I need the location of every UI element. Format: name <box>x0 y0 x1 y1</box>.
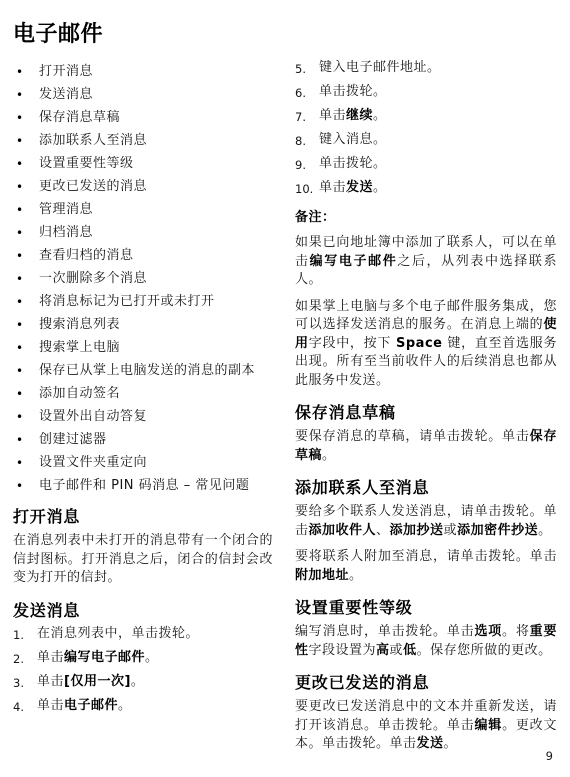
para-importance: 编写消息时，单击拨轮。单击选项。将重要性字段设置为高或低。保存您所做的更改。 <box>295 623 557 660</box>
right-column: 5.键入电子邮件地址。 6.单击拨轮。 7.单击继续。 8.键入消息。 9.单击… <box>295 22 557 762</box>
step-item: 3.单击[仅用一次]。 <box>13 674 273 691</box>
topic-link[interactable]: •添加自动签名 <box>13 386 273 402</box>
topic-link[interactable]: •创建过滤器 <box>13 432 273 448</box>
topic-link-label: 添加自动签名 <box>39 386 120 402</box>
bullet-marker: • <box>13 432 39 448</box>
topic-link[interactable]: •设置外出自动答复 <box>13 409 273 425</box>
step-item: 2.单击编写电子邮件。 <box>13 650 273 667</box>
email-topic-list: •打开消息 •发送消息 •保存消息草稿 •添加联系人至消息 •设置重要性等级 •… <box>13 64 273 494</box>
bullet-marker: • <box>13 409 39 425</box>
topic-link[interactable]: •搜索掌上电脑 <box>13 340 273 356</box>
step-text: 在消息列表中，单击拨轮。 <box>37 626 273 643</box>
topic-link[interactable]: •更改已发送的消息 <box>13 179 273 195</box>
step-text: 单击电子邮件。 <box>37 698 273 715</box>
topic-link[interactable]: •设置文件夹重定向 <box>13 455 273 471</box>
step-item: 8.键入消息。 <box>295 132 557 149</box>
topic-link-label: 保存消息草稿 <box>39 110 120 126</box>
para-add-contacts-2: 要将联系人附加至消息，请单击拨轮。单击附加地址。 <box>295 548 557 585</box>
heading-importance: 设置重要性等级 <box>295 598 557 617</box>
heading-open-message: 打开消息 <box>13 507 273 526</box>
topic-link[interactable]: •打开消息 <box>13 64 273 80</box>
bullet-marker: • <box>13 87 39 103</box>
topic-link[interactable]: •设置重要性等级 <box>13 156 273 172</box>
topic-link-label: 将消息标记为已打开或未打开 <box>39 294 215 310</box>
topic-link[interactable]: •一次删除多个消息 <box>13 271 273 287</box>
step-text: 单击拨轮。 <box>319 156 557 173</box>
bullet-marker: • <box>13 363 39 379</box>
topic-link-label: 一次删除多个消息 <box>39 271 147 287</box>
topic-link-label: 设置文件夹重定向 <box>39 455 147 471</box>
step-text: 单击继续。 <box>319 108 557 125</box>
para-save-draft: 要保存消息的草稿，请单击拨轮。单击保存草稿。 <box>295 428 557 465</box>
bullet-marker: • <box>13 64 39 80</box>
step-text: 键入消息。 <box>319 132 557 149</box>
topic-link[interactable]: •管理消息 <box>13 202 273 218</box>
step-item: 1.在消息列表中，单击拨轮。 <box>13 626 273 643</box>
para-change-sent: 要更改已发送消息中的文本并重新发送，请打开该消息。单击拨轮。单击编辑。更改文本。… <box>295 698 557 754</box>
step-text: 单击发送。 <box>319 180 557 197</box>
topic-link-label: 发送消息 <box>39 87 93 103</box>
step-text: 单击编写电子邮件。 <box>37 650 273 667</box>
topic-link[interactable]: •归档消息 <box>13 225 273 241</box>
step-text: 单击[仅用一次]。 <box>37 674 273 691</box>
topic-link[interactable]: •将消息标记为已打开或未打开 <box>13 294 273 310</box>
para-add-contacts-1: 要给多个联系人发送消息，请单击拨轮。单击添加收件人、添加抄送或添加密件抄送。 <box>295 503 557 540</box>
step-number: 8. <box>295 132 319 149</box>
step-number: 6. <box>295 84 319 101</box>
heading-change-sent: 更改已发送的消息 <box>295 673 557 692</box>
step-item: 9.单击拨轮。 <box>295 156 557 173</box>
topic-link[interactable]: •保存已从掌上电脑发送的消息的副本 <box>13 363 273 379</box>
step-item: 6.单击拨轮。 <box>295 84 557 101</box>
bullet-marker: • <box>13 133 39 149</box>
send-message-steps-1-4: 1.在消息列表中，单击拨轮。 2.单击编写电子邮件。 3.单击[仅用一次]。 4… <box>13 626 273 715</box>
bullet-marker: • <box>13 110 39 126</box>
step-item: 4.单击电子邮件。 <box>13 698 273 715</box>
topic-link-label: 查看归档的消息 <box>39 248 134 264</box>
topic-link[interactable]: •发送消息 <box>13 87 273 103</box>
topic-link-label: 归档消息 <box>39 225 93 241</box>
step-number: 4. <box>13 698 37 715</box>
step-number: 9. <box>295 156 319 173</box>
bullet-marker: • <box>13 294 39 310</box>
document-page: 电子邮件 •打开消息 •发送消息 •保存消息草稿 •添加联系人至消息 •设置重要… <box>0 0 570 777</box>
bullet-marker: • <box>13 317 39 333</box>
para-note-1: 如果已向地址簿中添加了联系人，可以在单击编写电子邮件之后，从列表中选择联系人。 <box>295 234 557 290</box>
step-text: 键入电子邮件地址。 <box>319 60 557 77</box>
topic-link-label: 电子邮件和 PIN 码消息 – 常见问题 <box>39 478 249 494</box>
bullet-marker: • <box>13 455 39 471</box>
left-column: 电子邮件 •打开消息 •发送消息 •保存消息草稿 •添加联系人至消息 •设置重要… <box>13 22 273 762</box>
bullet-marker: • <box>13 179 39 195</box>
heading-save-draft: 保存消息草稿 <box>295 403 557 422</box>
page-title: 电子邮件 <box>13 22 273 48</box>
step-number: 2. <box>13 650 37 667</box>
topic-link[interactable]: •电子邮件和 PIN 码消息 – 常见问题 <box>13 478 273 494</box>
step-text: 单击拨轮。 <box>319 84 557 101</box>
topic-link-label: 添加联系人至消息 <box>39 133 147 149</box>
topic-link-label: 管理消息 <box>39 202 93 218</box>
note-label: 备注： <box>295 210 557 226</box>
topic-link[interactable]: •搜索消息列表 <box>13 317 273 333</box>
topic-link-label: 创建过滤器 <box>39 432 107 448</box>
bullet-marker: • <box>13 386 39 402</box>
para-note-2: 如果掌上电脑与多个电子邮件服务集成，您可以选择发送消息的服务。在消息上端的使用字… <box>295 298 557 391</box>
two-column-layout: 电子邮件 •打开消息 •发送消息 •保存消息草稿 •添加联系人至消息 •设置重要… <box>0 0 570 762</box>
topic-link[interactable]: •查看归档的消息 <box>13 248 273 264</box>
bullet-marker: • <box>13 156 39 172</box>
heading-send-message: 发送消息 <box>13 601 273 620</box>
para-open-message: 在消息列表中未打开的消息带有一个闭合的信封图标。打开消息之后，闭合的信封会改变为… <box>13 532 273 588</box>
bullet-marker: • <box>13 202 39 218</box>
topic-link-label: 保存已从掌上电脑发送的消息的副本 <box>39 363 255 379</box>
send-message-steps-5-10: 5.键入电子邮件地址。 6.单击拨轮。 7.单击继续。 8.键入消息。 9.单击… <box>295 60 557 197</box>
step-number: 3. <box>13 674 37 691</box>
topic-link-label: 打开消息 <box>39 64 93 80</box>
bullet-marker: • <box>13 271 39 287</box>
bullet-marker: • <box>13 478 39 494</box>
topic-link-label: 搜索掌上电脑 <box>39 340 120 356</box>
step-item: 10.单击发送。 <box>295 180 557 197</box>
step-number: 7. <box>295 108 319 125</box>
step-item: 5.键入电子邮件地址。 <box>295 60 557 77</box>
topic-link[interactable]: •保存消息草稿 <box>13 110 273 126</box>
bullet-marker: • <box>13 248 39 264</box>
topic-link-label: 设置重要性等级 <box>39 156 134 172</box>
bullet-marker: • <box>13 340 39 356</box>
heading-add-contacts: 添加联系人至消息 <box>295 478 557 497</box>
page-number: 9 <box>546 749 553 763</box>
topic-link-label: 搜索消息列表 <box>39 317 120 333</box>
step-number: 5. <box>295 60 319 77</box>
step-item: 7.单击继续。 <box>295 108 557 125</box>
topic-link-label: 设置外出自动答复 <box>39 409 147 425</box>
step-number: 10. <box>295 180 319 197</box>
topic-link[interactable]: •添加联系人至消息 <box>13 133 273 149</box>
bullet-marker: • <box>13 225 39 241</box>
topic-link-label: 更改已发送的消息 <box>39 179 147 195</box>
step-number: 1. <box>13 626 37 643</box>
